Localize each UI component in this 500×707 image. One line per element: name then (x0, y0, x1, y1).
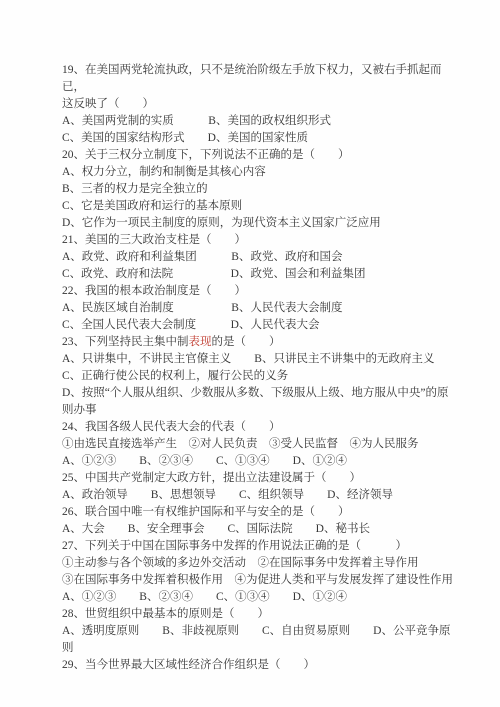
text-run: A、权力分立，制约和制衡是其核心内容 (62, 166, 266, 178)
text-run: ③在国际事务中发挥着积极作用 ④为促进人类和平与发展发挥了建设性作用 (62, 574, 453, 586)
text-run: 26、联合国中唯一有权维护国际和平与安全的是（ ） (62, 506, 350, 518)
text-run: A、民族区域自治制度 B、人民代表大会制度 (62, 302, 342, 314)
text-run: ①主动参与各个领域的多边外交活动 ②在国际事务中发挥着主导作用 (62, 557, 419, 569)
text-run: ①由选民直接选举产生 ②对人民负责 ③受人民监督 ④为人民服务 (62, 438, 419, 450)
text-line: 26、联合国中唯一有权维护国际和平与安全的是（ ） (62, 504, 454, 521)
text-run: 24、我国各级人民代表大会的代表（ ） (62, 421, 281, 433)
text-run: 27、下列关于中国在国际事务中发挥的作用说法正确的是（ ） (62, 540, 407, 552)
text-line: A、政治领导 B、思想领导 C、组织领导 D、经济领导 (62, 487, 454, 504)
text-run: 19、在美国两党轮流执政，只不是统治阶级左手放下权力，又被右手抓起而已， (62, 64, 442, 93)
text-line: 19、在美国两党轮流执政，只不是统治阶级左手放下权力，又被右手抓起而已， (62, 62, 454, 96)
text-run: 25、中国共产党制定大政方针，提出立法建设属于（ ） (62, 472, 361, 484)
text-run: A、透明度原则 B、非歧视原则 C、自由贸易原则 D、公平竞争原则 (62, 625, 450, 654)
text-line: A、政党、政府和利益集团 B、政党、政府和国会 (62, 249, 454, 266)
text-line: A、美国两党制的实质 B、美国的政权组织形式 (62, 113, 454, 130)
text-line: ③在国际事务中发挥着积极作用 ④为促进人类和平与发展发挥了建设性作用 (62, 572, 454, 589)
text-run: 20、关于三权分立制度下，下列说法不正确的是（ ） (62, 149, 350, 161)
text-run: A、①②③ B、②③④ C、①③④ D、①②④ (62, 591, 347, 603)
exam-page: 19、在美国两党轮流执政，只不是统治阶级左手放下权力，又被右手抓起而已，这反映了… (0, 0, 500, 707)
text-run: C、政党、政府和法院 D、政党、国会和利益集团 (62, 268, 365, 280)
text-run: 22、我国的根本政治制度是（ ） (62, 285, 246, 297)
text-run: D、按照“个人服从组织、少数服从多数、下级服从上级、地方服从中央”的原 (62, 387, 449, 399)
text-run: A、①②③ B、②③④ C、①③④ D、①②④ (62, 455, 347, 467)
text-line: D、按照“个人服从组织、少数服从多数、下级服从上级、地方服从中央”的原 (62, 385, 454, 402)
text-line: 22、我国的根本政治制度是（ ） (62, 283, 454, 300)
text-line: C、全国人民代表大会制度 D、人民代表大会 (62, 317, 454, 334)
text-line: D、它作为一项民主制度的原则，为现代资本主义国家广泛应用 (62, 215, 454, 232)
text-line: A、①②③ B、②③④ C、①③④ D、①②④ (62, 589, 454, 606)
text-line: C、政党、政府和法院 D、政党、国会和利益集团 (62, 266, 454, 283)
text-line: C、正确行使公民的权利上，履行公民的义务 (62, 368, 454, 385)
text-run: 28、世贸组织中最基本的原则是（ ） (62, 608, 269, 620)
text-line: 则办事 (62, 402, 454, 419)
text-line: A、①②③ B、②③④ C、①③④ D、①②④ (62, 453, 454, 470)
text-line: C、它是美国政府和运行的基本原则 (62, 198, 454, 215)
text-line: 20、关于三权分立制度下，下列说法不正确的是（ ） (62, 147, 454, 164)
text-line: A、民族区域自治制度 B、人民代表大会制度 (62, 300, 454, 317)
text-run: 这反映了（ ） (62, 98, 154, 110)
text-run: 21、美国的三大政治支柱是（ ） (62, 234, 246, 246)
text-run: C、美国的国家结构形式 D、美国的国家性质 (62, 132, 308, 144)
text-line: 21、美国的三大政治支柱是（ ） (62, 232, 454, 249)
text-line: 27、下列关于中国在国际事务中发挥的作用说法正确的是（ ） (62, 538, 454, 555)
text-run: C、正确行使公民的权利上，履行公民的义务 (62, 370, 288, 382)
text-run: C、它是美国政府和运行的基本原则 (62, 200, 242, 212)
text-line: 25、中国共产党制定大政方针，提出立法建设属于（ ） (62, 470, 454, 487)
text-line: C、美国的国家结构形式 D、美国的国家性质 (62, 130, 454, 147)
text-line: B、三者的权力是完全独立的 (62, 181, 454, 198)
text-line: 这反映了（ ） (62, 96, 454, 113)
text-line: 23、下列坚持民主集中制表现的是（ ） (62, 334, 454, 351)
text-run: A、政党、政府和利益集团 B、政党、政府和国会 (62, 251, 342, 263)
text-run: B、三者的权力是完全独立的 (62, 183, 208, 195)
text-run: A、政治领导 B、思想领导 C、组织领导 D、经济领导 (62, 489, 393, 501)
text-run: C、全国人民代表大会制度 D、人民代表大会 (62, 319, 319, 331)
text-line: ①主动参与各个领域的多边外交活动 ②在国际事务中发挥着主导作用 (62, 555, 454, 572)
text-run: 的是（ ） (212, 336, 281, 348)
text-run: A、只讲集中，不讲民主官僚主义 B、只讲民主不讲集中的无政府主义 (62, 353, 434, 365)
text-run: A、美国两党制的实质 B、美国的政权组织形式 (62, 115, 331, 127)
text-line: 28、世贸组织中最基本的原则是（ ） (62, 606, 454, 623)
highlighted-text: 表现 (189, 336, 212, 348)
text-run: D、它作为一项民主制度的原则，为现代资本主义国家广泛应用 (62, 217, 381, 229)
text-line: A、透明度原则 B、非歧视原则 C、自由贸易原则 D、公平竞争原则 (62, 623, 454, 657)
text-line: A、大会 B、安全理事会 C、国际法院 D、秘书长 (62, 521, 454, 538)
text-run: 29、当今世界最大区域性经济合作组织是（ ） (62, 659, 315, 671)
text-line: 24、我国各级人民代表大会的代表（ ） (62, 419, 454, 436)
text-line: A、只讲集中，不讲民主官僚主义 B、只讲民主不讲集中的无政府主义 (62, 351, 454, 368)
text-run: 则办事 (62, 404, 97, 416)
text-line: 29、当今世界最大区域性经济合作组织是（ ） (62, 657, 454, 674)
text-line: A、权力分立，制约和制衡是其核心内容 (62, 164, 454, 181)
question-list: 19、在美国两党轮流执政，只不是统治阶级左手放下权力，又被右手抓起而已，这反映了… (62, 62, 454, 674)
text-line: ①由选民直接选举产生 ②对人民负责 ③受人民监督 ④为人民服务 (62, 436, 454, 453)
text-run: 23、下列坚持民主集中制 (62, 336, 189, 348)
text-run: A、大会 B、安全理事会 C、国际法院 D、秘书长 (62, 523, 370, 535)
